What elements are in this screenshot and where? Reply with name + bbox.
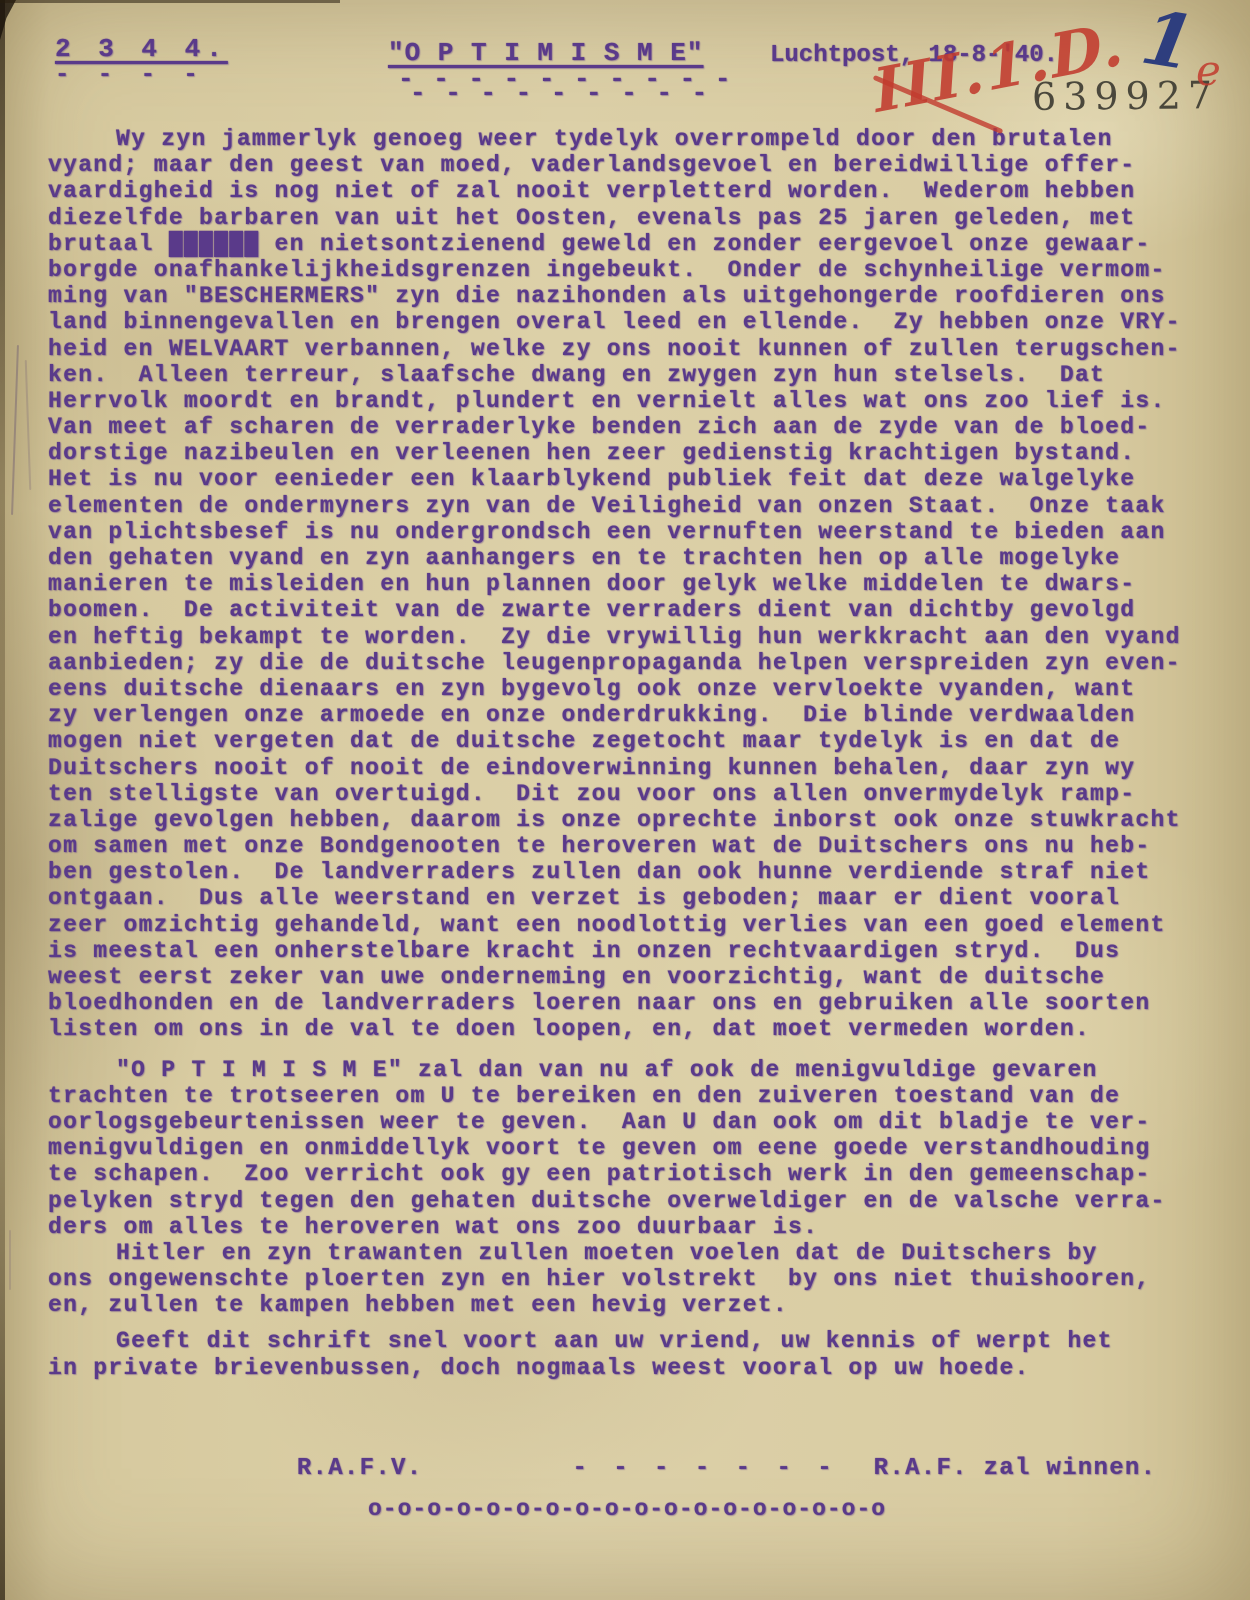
text-line: boomen. De activiteit van de zwarte verr…: [48, 597, 1208, 623]
text-line: heid en WELVAART verbannen, welke zy ons…: [48, 336, 1208, 362]
text-line: te schapen. Zoo verricht ook gy een patr…: [48, 1161, 1208, 1187]
scan-scratch-artifact: [11, 345, 19, 515]
text-line: ben gestolen. De landverraders zullen da…: [48, 859, 1208, 885]
title-underline-row2: - - - - - - - - -: [410, 78, 709, 108]
text-line: mogen niet vergeten dat de duitsche zege…: [48, 728, 1208, 754]
text-line: aanbieden; zy die de duitsche leugenprop…: [48, 650, 1208, 676]
text-line: Hitler en zyn trawanten zullen moeten vo…: [48, 1240, 1208, 1266]
text-line: Herrvolk moordt en brandt, plundert en v…: [48, 388, 1208, 414]
text-line: is meestal een onherstelbare kracht in o…: [48, 938, 1208, 964]
paragraph: "O P T I M I S M E" zal dan van nu af oo…: [48, 1057, 1208, 1240]
text-line: ons ongewenschte ploerten zyn en hier vo…: [48, 1266, 1208, 1292]
text-line: menigvuldigen en onmiddellyk voort te ge…: [48, 1135, 1208, 1161]
text-line: Wy zyn jammerlyk genoeg weer tydelyk ove…: [48, 126, 1208, 152]
text-line: "O P T I M I S M E" zal dan van nu af oo…: [48, 1057, 1208, 1083]
document-number: 2 3 4 4.: [55, 34, 228, 64]
document-number-underline: - - - -: [55, 62, 205, 89]
text-line: oorlogsgebeurtenissen weer te geven. Aan…: [48, 1109, 1208, 1135]
text-line: zy verlengen onze armoede en onze onderd…: [48, 702, 1208, 728]
text-line: in private brievenbussen, doch nogmaals …: [48, 1355, 1208, 1381]
text-line: Duitschers nooit of nooit de eindoverwin…: [48, 755, 1208, 781]
text-line: bloedhonden en de landverraders loeren n…: [48, 990, 1208, 1016]
text-line: ontgaan. Dus alle weerstand en verzet is…: [48, 885, 1208, 911]
text-line: listen om ons in de val te doen loopen, …: [48, 1016, 1208, 1042]
text-line: Het is nu voor eenieder een klaarblykend…: [48, 466, 1208, 492]
signature-dashes: - - - - - - -: [572, 1455, 837, 1482]
text-line: Van meet af scharen de verraderlyke bend…: [48, 414, 1208, 440]
scan-scratch-artifact: [9, 1230, 11, 1290]
text-line: ken. Alleen terreur, slaafsche dwang en …: [48, 362, 1208, 388]
text-line: land binnengevallen en brengen overal le…: [48, 309, 1208, 335]
text-line: en heftig bekampt te worden. Zy die vryw…: [48, 624, 1208, 650]
text-line: dorstige nazibeulen en verleenen hen zee…: [48, 440, 1208, 466]
paper-edge-top-artifact: [0, 0, 340, 3]
text-line: om samen met onze Bondgenooten te herove…: [48, 833, 1208, 859]
decorative-chain-divider: o-o-o-o-o-o-o-o-o-o-o-o-o-o-o-o-o-o: [368, 1496, 886, 1522]
text-line: trachten te trotseeren om U te bereiken …: [48, 1083, 1208, 1109]
text-line: ming van "BESCHERMERS" zyn die nazihonde…: [48, 283, 1208, 309]
text-line: borgde onafhankelijkheidsgrenzen ingebeu…: [48, 257, 1208, 283]
text-line: vaardigheid is nog niet of zal nooit ver…: [48, 178, 1208, 204]
text-line: van plichtsbesef is nu ondergrondsch een…: [48, 519, 1208, 545]
scanned-document-page: 2 3 4 4. - - - - "O P T I M I S M E" - -…: [0, 0, 1250, 1600]
signature-slogan: R.A.F. zal winnen.: [874, 1455, 1157, 1482]
text-line: manieren te misleiden en hun plannen doo…: [48, 571, 1208, 597]
text-line: brutaal ██████ en nietsontzienend geweld…: [48, 231, 1208, 257]
paragraph: Wy zyn jammerlyk genoeg weer tydelyk ove…: [48, 126, 1208, 1043]
paper-edge-left-artifact: [0, 0, 5, 1600]
text-line: pelyken stryd tegen den gehaten duitsche…: [48, 1188, 1208, 1214]
paragraph: Geeft dit schrift snel voort aan uw vrie…: [48, 1328, 1208, 1380]
text-line: zeer omzichtig gehandeld, want een noodl…: [48, 912, 1208, 938]
red-handwritten-suffix: e: [1196, 46, 1221, 95]
text-line: zalige gevolgen hebben, daarom is onze o…: [48, 807, 1208, 833]
text-line: en, zullen te kampen hebben met een hevi…: [48, 1292, 1208, 1318]
text-line: eens duitsche dienaars en zyn bygevolg o…: [48, 676, 1208, 702]
text-line: elementen de ondermyners zyn van de Veil…: [48, 493, 1208, 519]
signature-organisation: R.A.F.V.: [297, 1455, 423, 1482]
document-body: Wy zyn jammerlyk genoeg weer tydelyk ove…: [48, 126, 1208, 1381]
text-line: ten stelligste van overtuigd. Dit zou vo…: [48, 781, 1208, 807]
text-line: ders om alles te heroveren wat ons zoo d…: [48, 1214, 1208, 1240]
text-line: diezelfde barbaren van uit het Oosten, e…: [48, 205, 1208, 231]
text-line: weest eerst zeker van uwe onderneming en…: [48, 964, 1208, 990]
text-line: vyand; maar den geest van moed, vaderlan…: [48, 152, 1208, 178]
scan-scratch-artifact: [25, 360, 32, 490]
text-line: den gehaten vyand en zyn aanhangers en t…: [48, 545, 1208, 571]
text-line: Geeft dit schrift snel voort aan uw vrie…: [48, 1328, 1208, 1354]
paragraph: Hitler en zyn trawanten zullen moeten vo…: [48, 1240, 1208, 1319]
